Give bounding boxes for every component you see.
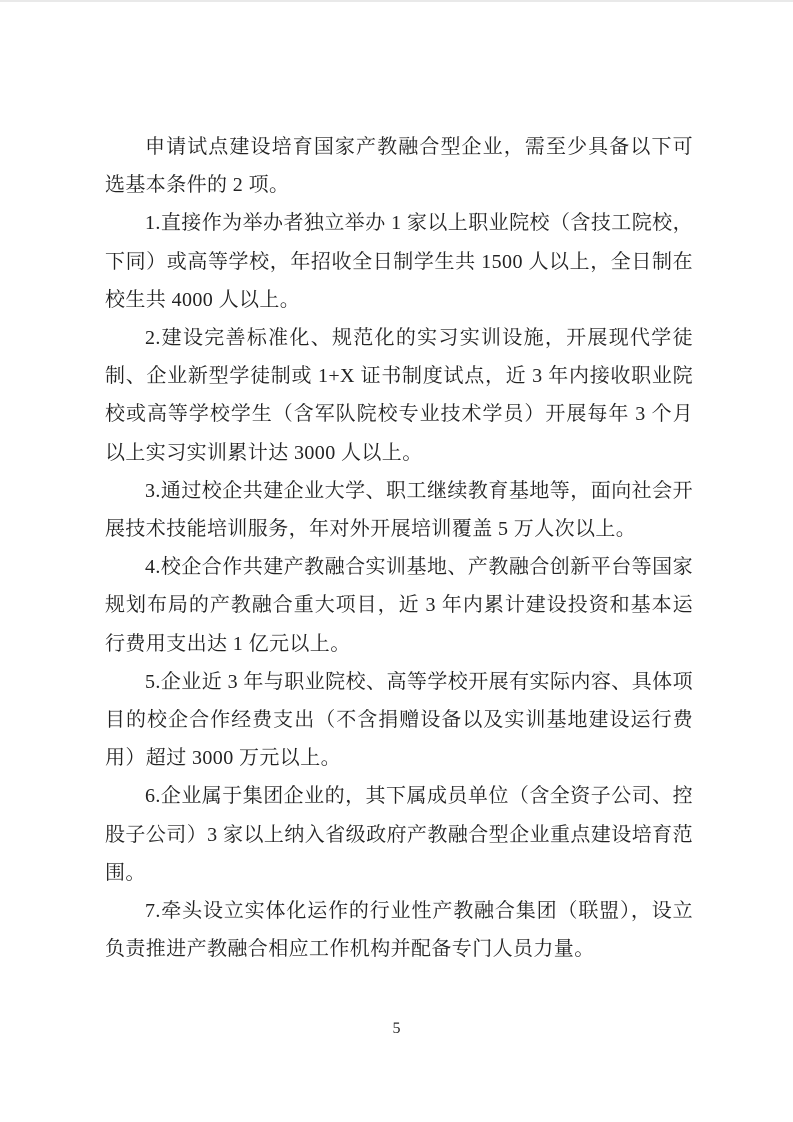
paragraph-item-5: 5.企业近 3 年与职业院校、高等学校开展有实际内容、具体项目的校企合作经费支出… [105, 663, 693, 778]
paragraph-item-2: 2.建设完善标准化、规范化的实习实训设施，开展现代学徒制、企业新型学徒制或 1+… [105, 319, 693, 472]
paragraph-item-7: 7.牵头设立实体化运作的行业性产教融合集团（联盟），设立负责推进产教融合相应工作… [105, 892, 693, 968]
document-page: 申请试点建设培育国家产教融合型企业，需至少具备以下可选基本条件的 2 项。 1.… [0, 0, 793, 1122]
paragraph-item-1: 1.直接作为举办者独立举办 1 家以上职业院校（含技工院校，下同）或高等学校，年… [105, 204, 693, 319]
scan-edge-artifact [0, 0, 793, 2]
body-text-block: 申请试点建设培育国家产教融合型企业，需至少具备以下可选基本条件的 2 项。 1.… [105, 128, 693, 968]
paragraph-item-4: 4.校企合作共建产教融合实训基地、产教融合创新平台等国家规划布局的产教融合重大项… [105, 548, 693, 663]
paragraph-item-6: 6.企业属于集团企业的，其下属成员单位（含全资子公司、控股子公司）3 家以上纳入… [105, 777, 693, 892]
page-number: 5 [393, 1020, 401, 1037]
paragraph-intro: 申请试点建设培育国家产教融合型企业，需至少具备以下可选基本条件的 2 项。 [105, 128, 693, 204]
paragraph-item-3: 3.通过校企共建企业大学、职工继续教育基地等，面向社会开展技术技能培训服务，年对… [105, 472, 693, 548]
page-footer: 5 [0, 1020, 793, 1038]
